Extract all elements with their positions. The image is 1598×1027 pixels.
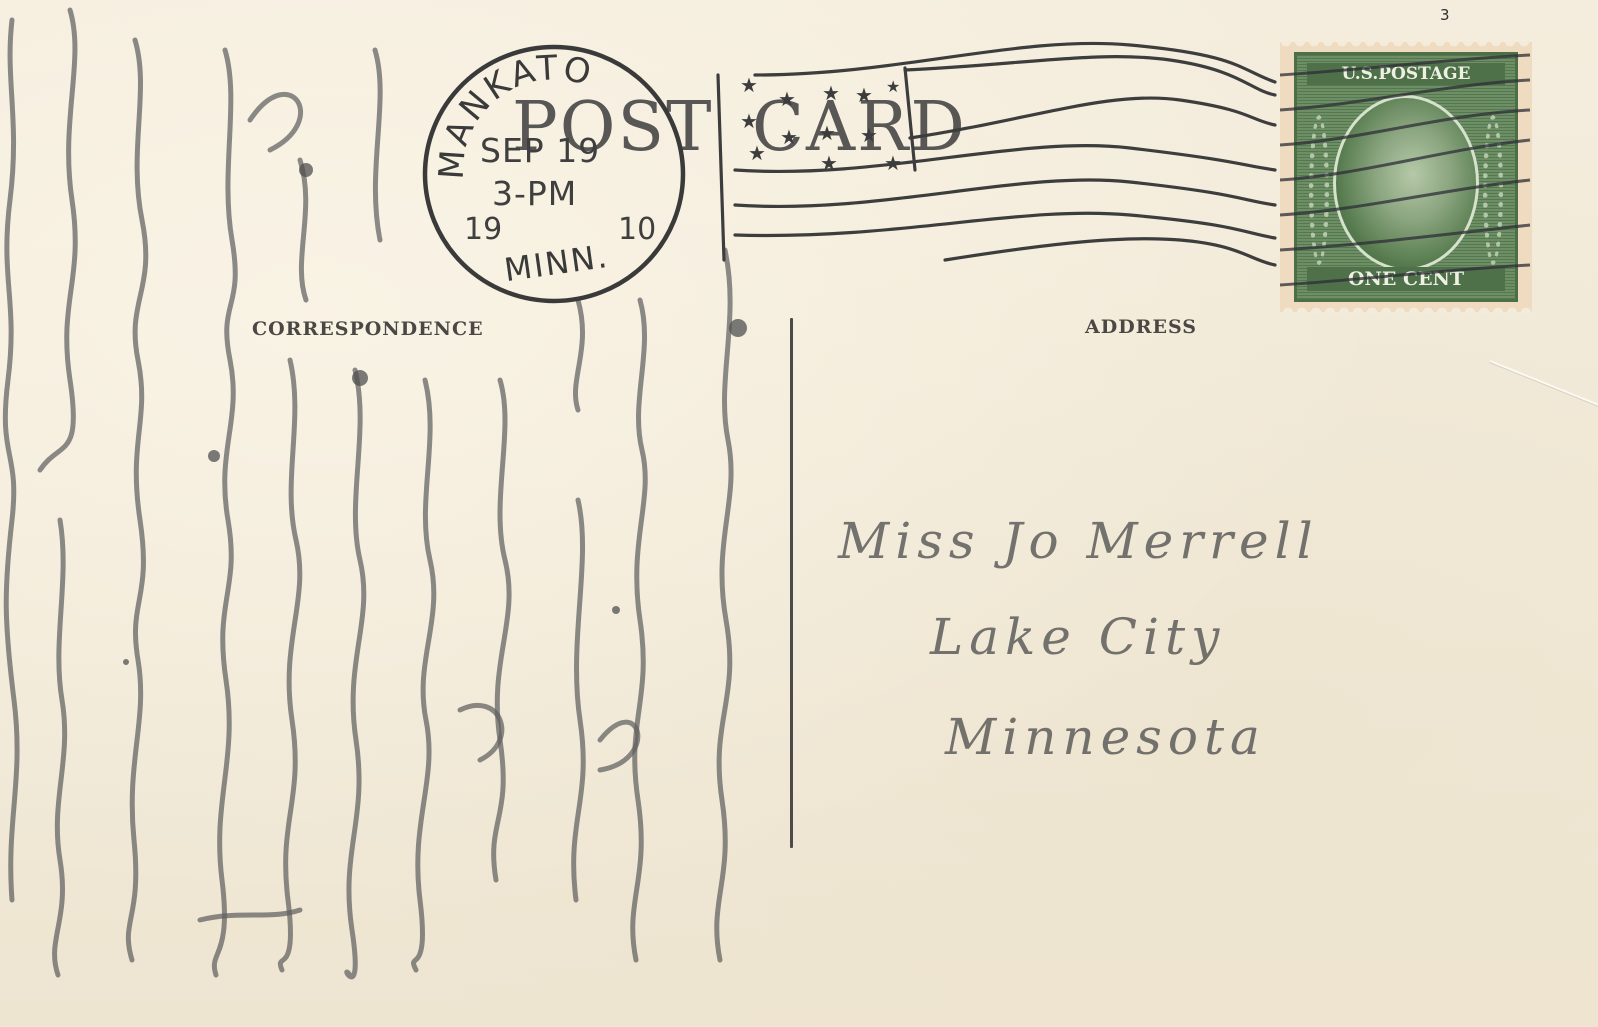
stamp-perforation-bottom bbox=[1280, 305, 1532, 313]
address-city: Lake City bbox=[930, 608, 1225, 666]
postcard-title-card: CARD bbox=[752, 88, 967, 167]
stamp-corner-mark: 3 bbox=[1440, 6, 1450, 24]
postmark-time: 3-PM bbox=[492, 174, 577, 213]
postcard-back: ★★ ★★ ★★ ★★ ★★ ★★ POST CARD MANKATO SEP … bbox=[0, 0, 1598, 1027]
postmark-year-right: 10 bbox=[618, 212, 656, 247]
correspondence-label: CORRESPONDENCE bbox=[252, 318, 484, 340]
paper-crease bbox=[1490, 360, 1598, 414]
address-recipient: Miss Jo Merrell bbox=[838, 512, 1319, 570]
address-state: Minnesota bbox=[945, 708, 1266, 766]
address-label: ADDRESS bbox=[1085, 316, 1197, 338]
postmark-date: SEP 19 bbox=[480, 132, 600, 170]
stamp-cancel-lines bbox=[1280, 40, 1540, 300]
postmark: MANKATO SEP 19 3-PM 19 10 MINN. bbox=[418, 40, 690, 308]
postmark-year-left: 19 bbox=[464, 212, 502, 247]
section-divider bbox=[790, 318, 793, 848]
